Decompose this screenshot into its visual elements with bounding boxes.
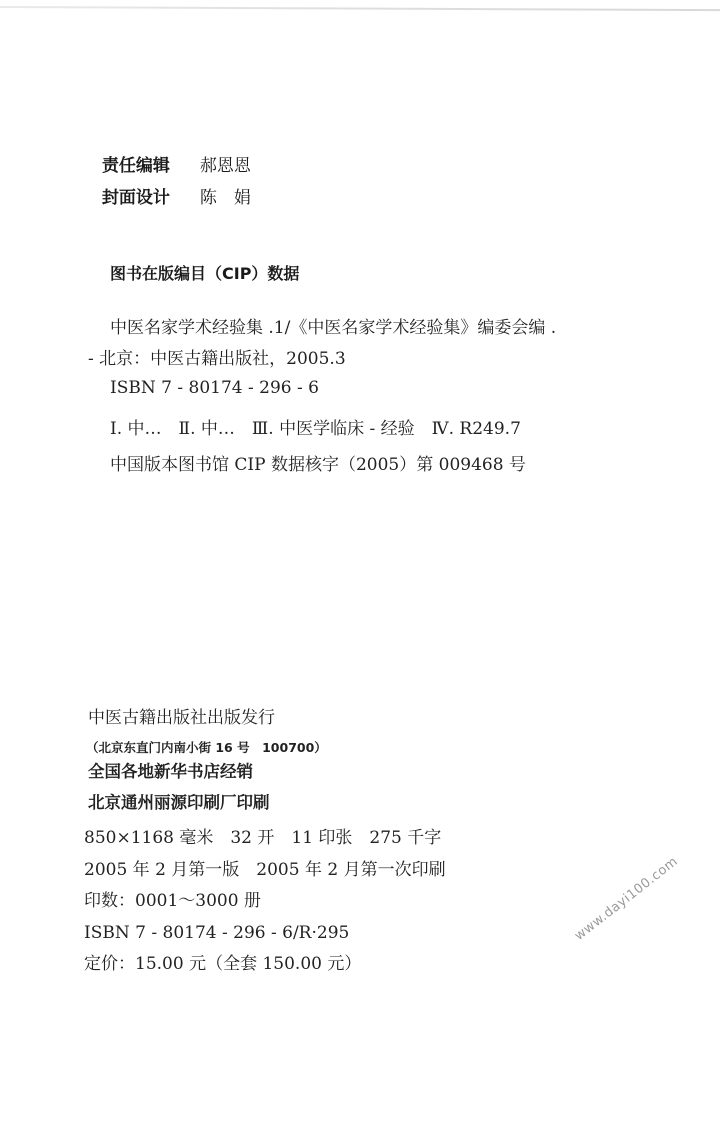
cip-line-publisher: - 北京：中医古籍出版社，2005.3 <box>88 351 346 368</box>
print-run-line: 印数：0001～3000 册 <box>84 893 261 910</box>
site-watermark: www.dayi100.com <box>572 854 681 944</box>
cip-line-classification: Ⅰ. 中… Ⅱ. 中… Ⅲ. 中医学临床 - 经验 Ⅳ. R249.7 <box>110 421 521 438</box>
publisher-line: 中医古籍出版社出版发行 <box>88 710 275 727</box>
specs-line: 850×1168 毫米 32 开 11 印张 275 千字 <box>84 830 441 847</box>
distributor-line: 全国各地新华书店经销 <box>88 764 253 781</box>
credit-value: 陈 娟 <box>200 188 251 208</box>
credit-cover-design: 封面设计陈 娟 <box>90 173 251 207</box>
bleed-through <box>330 196 347 221</box>
address-line: （北京东直门内南小街 16 号 100700） <box>86 742 327 755</box>
isbn-full-line: ISBN 7 - 80174 - 296 - 6/R·295 <box>84 925 349 942</box>
credit-editor: 责任编辑郝恩恩 <box>90 141 251 175</box>
cip-title: 图书在版编目（CIP）数据 <box>110 266 299 282</box>
cip-line-isbn: ISBN 7 - 80174 - 296 - 6 <box>110 380 319 397</box>
credit-label: 封面设计 <box>102 190 200 207</box>
price-line: 定价：15.00 元（全套 150.00 元） <box>84 956 361 973</box>
printer-line: 北京通州丽源印刷厂印刷 <box>88 795 270 812</box>
edition-line: 2005 年 2 月第一版 2005 年 2 月第一次印刷 <box>84 862 446 879</box>
cip-line-record-number: 中国版本图书馆 CIP 数据核字（2005）第 009468 号 <box>110 457 526 474</box>
scan-edge <box>0 6 720 11</box>
cip-line-title: 中医名家学术经验集 .1/《中医名家学术经验集》编委会编 . <box>110 320 556 337</box>
